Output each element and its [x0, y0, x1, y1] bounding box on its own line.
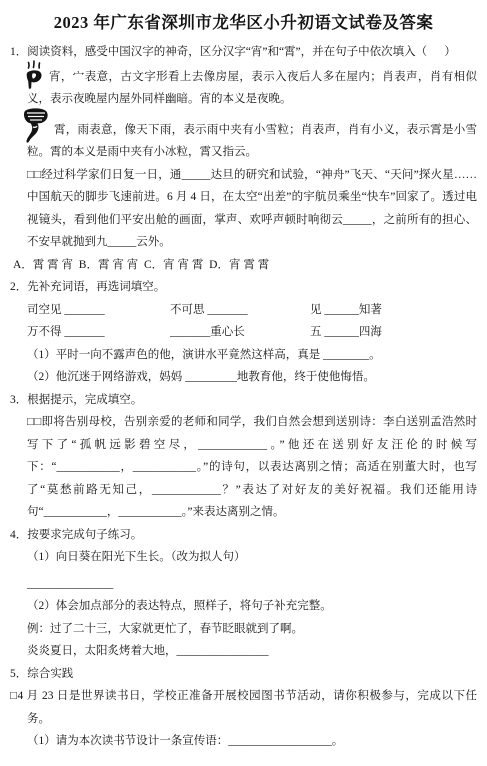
seal-script-xiao-night-icon: [24, 60, 45, 91]
word-blank-cell: 万不得 _______: [27, 321, 170, 344]
word-blank-cell: _______重心长: [170, 321, 310, 344]
question-1-passage: □□经过科学家们日复一日，通_____达旦的研究和试验，“神舟”飞天、“天问”探…: [27, 164, 477, 254]
question-4-sub1: （1）向日葵在阳光下生长。（改为拟人句）: [27, 546, 477, 569]
seal-script-xiao-sky-icon: [23, 107, 49, 145]
xiao-sky-paragraph: 霄，雨表意，像天下雨，表示雨中夹有小雪粒；肖表声，肖有小义，表示霄是小雪粒。霄的…: [27, 119, 477, 164]
answer-blank-line: _______________: [27, 573, 477, 596]
question-4: 4．按要求完成句子练习。 （1）向日葵在阳光下生长。（改为拟人句） ______…: [10, 524, 477, 663]
question-2-sub1: （1）平时一向不露声色的他，演讲水平竟然这样高，真是 ________。: [27, 344, 477, 367]
word-blank-cell: 见 ______知著: [310, 299, 477, 322]
question-4-sub2: （2）体会加点部分的表达特点，照样子，将句子补充完整。: [27, 595, 477, 618]
question-5-sub1: （1）请为本次读书节设计一条宣传语：__________________。: [27, 730, 477, 753]
question-2-stem: 2．先补充词语，再选词填空。: [10, 276, 477, 299]
question-4-stem: 4．按要求完成句子练习。: [10, 524, 477, 547]
question-1: 1．阅读资料，感受中国汉字的神奇，区分汉字“宵”和“霄”，并在句子中依次填入（ …: [10, 41, 477, 276]
question-5-stem: 5．综合实践: [10, 663, 477, 686]
question-4-example: 例：过了二十三，大家就更忙了，春节眨眼就到了啊。: [27, 618, 477, 641]
question-4-practice: 炎炎夏日，太阳炙烤着大地，________________: [27, 640, 477, 663]
question-3-stem: 3．根据提示，完成填空。: [10, 389, 477, 412]
exam-paper-page: 2023 年广东省深圳市龙华区小升初语文试卷及答案 1．阅读资料，感受中国汉字的…: [0, 0, 487, 766]
page-title: 2023 年广东省深圳市龙华区小升初语文试卷及答案: [10, 11, 477, 35]
word-blank-row: 司空见 _______ 不可思 _______ 见 ______知著: [27, 299, 477, 322]
question-5-passage: □4 月 23 日是世界读书日，学校正准备开展校园图书节活动，请你积极参与，完成…: [27, 685, 477, 730]
word-blank-cell: 不可思 _______: [170, 299, 310, 322]
question-3-passage: □□即将告别母校，告别亲爱的老师和同学，我们自然会想到送别诗：李白送别孟浩然时写…: [27, 411, 477, 524]
question-1-stem: 1．阅读资料，感受中国汉字的神奇，区分汉字“宵”和“霄”，并在句子中依次填入（ …: [10, 41, 477, 64]
word-blank-row: 万不得 _______ _______重心长 五 ______四海: [27, 321, 477, 344]
word-blank-cell: 司空见 _______: [27, 299, 170, 322]
xiao-night-text: 宵，宀表意，古文字形看上去像房屋，表示入夜后人多在屋内；肖表声，肖有相似义，表示…: [27, 71, 477, 106]
xiao-night-paragraph: 宵，宀表意，古文字形看上去像房屋，表示入夜后人多在屋内；肖表声，肖有相似义，表示…: [27, 66, 477, 111]
question-2-sub2: （2）他沉迷于网络游戏，妈妈 _________地教育他，终于使他悔悟。: [27, 366, 477, 389]
word-blank-cell: 五 ______四海: [310, 321, 477, 344]
xiao-sky-text: 霄，雨表意，像天下雨，表示雨中夹有小雪粒；肖表声，肖有小义，表示霄是小雪粒。霄的…: [27, 124, 477, 159]
question-3: 3．根据提示，完成填空。 □□即将告别母校，告别亲爱的老师和同学，我们自然会想到…: [10, 389, 477, 524]
question-1-options: A．霄 霄 宵 B．霄 宵 宵 C．宵 宵 霄 D．宵 霄 霄: [13, 254, 477, 277]
question-5: 5．综合实践 □4 月 23 日是世界读书日，学校正准备开展校园图书节活动，请你…: [10, 663, 477, 753]
question-2: 2．先补充词语，再选词填空。 司空见 _______ 不可思 _______ 见…: [10, 276, 477, 389]
